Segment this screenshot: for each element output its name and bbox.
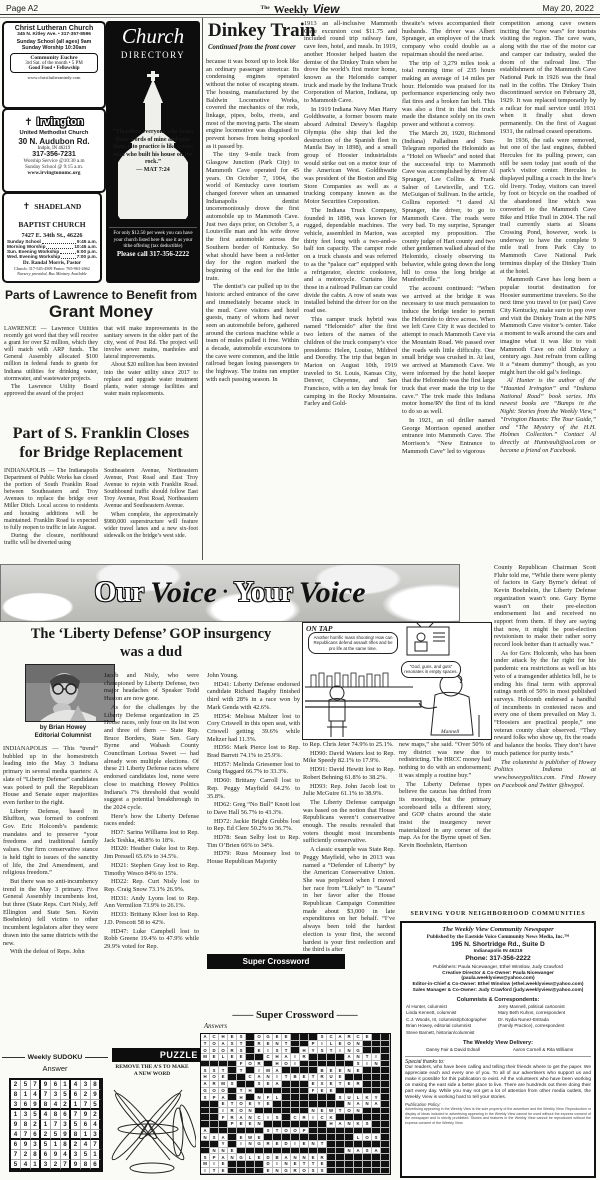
- crossword-cell: [381, 1047, 390, 1054]
- crossword-cell: A: [282, 1154, 291, 1161]
- paragraph: About $20 million has been invested into…: [104, 362, 198, 397]
- crossword-cell: [363, 1074, 372, 1081]
- crossword-cell: [381, 1061, 390, 1068]
- crossword-cell: E: [264, 1041, 273, 1048]
- crossword-cell: D: [264, 1161, 273, 1168]
- crossword-cell: [300, 1134, 309, 1141]
- sudoku-cell: 6: [81, 1120, 91, 1130]
- voice-col-4: to Rep. Chris Jeter 74.9% to 25.1%.HD90:…: [303, 741, 395, 1018]
- paragraph: The dentist’s car pulled up to the histo…: [206, 283, 299, 383]
- sudoku-cell: 5: [71, 1120, 81, 1130]
- crossword-cell: N: [354, 1054, 363, 1061]
- masthead-publisher: Published by the Eastside Voice Communit…: [405, 934, 591, 940]
- crossword-cell: [309, 1054, 318, 1061]
- voice-headline-1: The ‘Liberty Defense’ GOP insurgency: [2, 626, 300, 643]
- crossword-cell: C: [327, 1034, 336, 1041]
- crossword-row: ODORSEISTHYSTING: [201, 1047, 390, 1054]
- paragraph: to Rep. Chris Jeter 74.9% to 25.1%.: [303, 741, 395, 749]
- crossword-cell: [300, 1148, 309, 1155]
- columnists-left: Al Hunter, columnistLinda Kennett, colum…: [406, 1004, 498, 1036]
- crossword-cell: F: [237, 1061, 246, 1068]
- crossword-row: ARMSSEAEXETER: [201, 1081, 390, 1088]
- crossword-cell: F: [219, 1114, 228, 1121]
- crossword-cell: [345, 1141, 354, 1148]
- crossword-cell: N: [201, 1134, 210, 1141]
- crossword-cell: I: [291, 1141, 300, 1148]
- crossword-cell: [309, 1121, 318, 1128]
- crossword-cell: [228, 1134, 237, 1141]
- sudoku-cell: 5: [51, 1130, 61, 1140]
- sudoku-cell: 7: [11, 1150, 21, 1160]
- crossword-row: FRANCISCRICK: [201, 1114, 390, 1121]
- crossword-cell: R: [255, 1061, 264, 1068]
- crossword-cell: A: [201, 1128, 210, 1135]
- sudoku-cell: 8: [11, 1090, 21, 1100]
- franklin-headline-1: Part of S. Franklin Closes: [2, 425, 200, 443]
- crossword-cell: [354, 1128, 363, 1135]
- paragraph: HD57: Melinda Griesemer lost to Craig Ha…: [207, 761, 300, 776]
- crossword-cell: T: [282, 1047, 291, 1054]
- page-number: Page A2: [6, 3, 38, 13]
- columnist-portrait-icon: [26, 665, 114, 721]
- crossword-cell: [381, 1101, 390, 1108]
- sudoku-cell: 6: [51, 1080, 61, 1090]
- crossword-cell: B: [273, 1154, 282, 1161]
- crossword-cell: T: [363, 1054, 372, 1061]
- crossword-cell: O: [219, 1088, 228, 1095]
- paragraph: HD7: Sarina Williams lost to Rep. Jack T…: [104, 829, 199, 844]
- crossword-cell: K: [354, 1121, 363, 1128]
- crossword-cell: E: [318, 1108, 327, 1115]
- crossword-cell: [336, 1101, 345, 1108]
- owner-line: Creative Director & Co-Owner: Paula Nice…: [405, 971, 591, 981]
- paragraph: The account continued: “When we arrived …: [402, 285, 495, 416]
- crossword-cell: S: [309, 1168, 318, 1175]
- franklin-col-1: INDIANAPOLIS — The Indianapolis Departme…: [4, 468, 98, 558]
- paragraph: HD33: Brittany Kloer lost to Rep. J.D. P…: [104, 911, 199, 926]
- patron-body: [329, 699, 345, 722]
- crossword-cell: [381, 1108, 390, 1115]
- crossword-cell: [336, 1114, 345, 1121]
- crossword-cell: S: [201, 1094, 210, 1101]
- crossword-cell: L: [327, 1041, 336, 1048]
- paragraph: Al Hunter is the author of the “Haunted …: [500, 377, 596, 454]
- crossword-cell: [300, 1041, 309, 1048]
- crossword-cell: [381, 1161, 390, 1168]
- crossword-answer-grid: ACHESOGEESCARCETOASTRENTPILEONODORSEISTH…: [200, 1033, 391, 1175]
- crossword-cell: [300, 1081, 309, 1088]
- crossword-cell: N: [246, 1108, 255, 1115]
- issue-date: May 20, 2022: [470, 3, 594, 13]
- crossword-cell: I: [264, 1114, 273, 1121]
- crossword-cell: E: [237, 1134, 246, 1141]
- crossword-cell: [282, 1121, 291, 1128]
- crossword-cell: [300, 1101, 309, 1108]
- crossword-cell: A: [201, 1034, 210, 1041]
- crossword-cell: A: [219, 1041, 228, 1048]
- crossword-cell: [246, 1094, 255, 1101]
- crossword-cell: [336, 1134, 345, 1141]
- crossword-cell: K: [327, 1114, 336, 1121]
- crossword-title: —— Super Crossword ——: [200, 1010, 390, 1021]
- crossword-cell: N: [273, 1168, 282, 1175]
- crossword-cell: [327, 1154, 336, 1161]
- columnists-list: Al Hunter, columnistLinda Kennett, colum…: [406, 1004, 590, 1036]
- columnists-right: Jerry Mannell, political cartoonistMary …: [498, 1004, 590, 1036]
- paragraph: But there was no anti-incumbency trend i…: [3, 878, 98, 947]
- crossword-cell: A: [336, 1121, 345, 1128]
- crossword-cell: [228, 1168, 237, 1175]
- crossword-cell: [336, 1061, 345, 1068]
- sudoku-cell: 3: [31, 1140, 41, 1150]
- crossword-cell: E: [282, 1034, 291, 1041]
- crossword-cell: [336, 1161, 345, 1168]
- crossword-cell: R: [228, 1114, 237, 1121]
- crossword-cell: O: [210, 1088, 219, 1095]
- crossword-cell: [309, 1128, 318, 1135]
- crossword-cell: N: [345, 1101, 354, 1108]
- crossword-cell: [363, 1047, 372, 1054]
- crossword-cell: [291, 1148, 300, 1155]
- sudoku-cell: 8: [51, 1110, 61, 1120]
- paragraph: The tiny 9-mile track from Glasgow Junct…: [206, 151, 299, 282]
- sudoku-cell: 7: [81, 1100, 91, 1110]
- masthead-address: 195 N. Shortridge Rd., Suite D: [405, 941, 591, 948]
- crossword-cell: N: [219, 1148, 228, 1155]
- crossword-cell: E: [246, 1121, 255, 1128]
- crossword-cell: C: [291, 1114, 300, 1121]
- crossword-cell: E: [219, 1168, 228, 1175]
- delivery-left: Danny Fair & David Edsall: [408, 1047, 498, 1052]
- dinkey-headline: Dinkey Train: [208, 20, 316, 42]
- crossword-cell: [327, 1141, 336, 1148]
- crossword-cell: A: [219, 1094, 228, 1101]
- crossword-cell: [228, 1161, 237, 1168]
- crossword-cell: A: [273, 1081, 282, 1088]
- sudoku-cell: 3: [91, 1130, 101, 1140]
- crossword-cell: R: [291, 1168, 300, 1175]
- crossword-cell: [282, 1148, 291, 1155]
- crossword-cell: [345, 1114, 354, 1121]
- crossword-cell: [318, 1121, 327, 1128]
- crossword-cell: [210, 1128, 219, 1135]
- crossword-cell: [363, 1141, 372, 1148]
- crossword-cell: N: [300, 1154, 309, 1161]
- paragraph: County Republican Chairman Scott Fluhr t…: [494, 564, 596, 649]
- crossword-cell: A: [273, 1067, 282, 1074]
- owner-line: Editor-in-Chief & Co-Owner: Ethel Winslo…: [405, 982, 591, 987]
- sudoku-cell: 8: [71, 1130, 81, 1140]
- crossword-cell: [363, 1067, 372, 1074]
- voice-banner: Our Voice • Your Voice: [0, 564, 460, 622]
- crossword-cell: E: [273, 1141, 282, 1148]
- dinkey-col-4: competition among cave owners inciting t…: [500, 20, 596, 558]
- crossword-cell: [255, 1128, 264, 1135]
- crossword-cell: [228, 1141, 237, 1148]
- paragraph: HD78: Sean Selby lost to Rep. Tim O’Brie…: [207, 834, 300, 849]
- sudoku-answer-grid: 2579614388147356293698421751354867929821…: [9, 1078, 103, 1172]
- crossword-cell: C: [318, 1114, 327, 1121]
- crossword-cell: [291, 1121, 300, 1128]
- crossword-cell: [345, 1128, 354, 1135]
- crossword-cell: A: [219, 1134, 228, 1141]
- crossword-cell: [381, 1094, 390, 1101]
- crossword-cell: O: [210, 1074, 219, 1081]
- sudoku-cell: 2: [51, 1160, 61, 1170]
- crossword-cell: M: [264, 1067, 273, 1074]
- dinkey-col-1: because it was boxed up to look like an …: [206, 58, 299, 558]
- crossword-cell: P: [228, 1121, 237, 1128]
- thanks-text: Our readers, who have been calling and t…: [405, 1065, 591, 1100]
- paragraph: With the defeat of Reps. John: [3, 948, 98, 956]
- crossword-cell: [372, 1041, 381, 1048]
- crossword-row: SSTTIMABEENE: [201, 1067, 390, 1074]
- crossword-cell: [372, 1154, 381, 1161]
- ad-title: Christ Lutheran Church: [4, 25, 104, 32]
- crossword-cell: C: [246, 1074, 255, 1081]
- banner-dot: •: [223, 585, 228, 601]
- crossword-cell: [327, 1128, 336, 1135]
- crossword-cell: [363, 1154, 372, 1161]
- crossword-cell: T: [282, 1041, 291, 1048]
- crossword-cell: [291, 1081, 300, 1088]
- crossword-cell: S: [318, 1168, 327, 1175]
- sudoku-cell: 1: [51, 1140, 61, 1150]
- lawrence-col-2: that will make improvements in the sanit…: [104, 326, 198, 418]
- ad-line: Sunday Worship 10:30am: [4, 45, 104, 51]
- crossword-cell: [255, 1108, 264, 1115]
- sudoku-cell: 4: [61, 1150, 71, 1160]
- crossword-cell: G: [237, 1154, 246, 1161]
- paragraph: HD90: David Waters lost to Rep. Mike Spe…: [303, 750, 395, 765]
- columnist-photo: [25, 664, 115, 722]
- paragraph: In 1921, an oil driller named George Mor…: [402, 417, 495, 456]
- crossword-cell: [363, 1108, 372, 1115]
- crossword-cell: [246, 1054, 255, 1061]
- crossword-cell: I: [372, 1054, 381, 1061]
- crossword-cell: [246, 1041, 255, 1048]
- crossword-cell: N: [309, 1108, 318, 1115]
- directory-offer: For only $12.50 per week you can have yo…: [109, 227, 197, 259]
- sudoku-cell: 2: [21, 1150, 31, 1160]
- crossword-cell: [282, 1094, 291, 1101]
- crossword-cell: H: [237, 1094, 246, 1101]
- crossword-cell: [246, 1034, 255, 1041]
- crossword-cell: [372, 1161, 381, 1168]
- directory-quote: “Therefore everyone who hears these word…: [112, 129, 194, 175]
- crossword-cell: O: [363, 1134, 372, 1141]
- crossword-cell: [372, 1141, 381, 1148]
- crossword-cell: [210, 1141, 219, 1148]
- crossword-cell: I: [264, 1047, 273, 1054]
- crossword-cell: E: [336, 1067, 345, 1074]
- crossword-cell: C: [264, 1054, 273, 1061]
- crossword-row: ACHESOGEESCARCE: [201, 1034, 390, 1041]
- crossword-cell: S: [354, 1061, 363, 1068]
- crossword-cell: Y: [219, 1141, 228, 1148]
- crossword-row: FORHOISIN: [201, 1061, 390, 1068]
- sudoku-cell: 7: [31, 1080, 41, 1090]
- crossword-cell: [327, 1148, 336, 1155]
- crossword-cell: [327, 1094, 336, 1101]
- crossword-cell: [201, 1061, 210, 1068]
- sudoku-cell: 3: [61, 1120, 71, 1130]
- list-item: Steve Barnett, historian/columnist: [406, 1030, 498, 1036]
- crossword-cell: E: [264, 1101, 273, 1108]
- crossword-cell: [255, 1088, 264, 1095]
- crossword-cell: [381, 1121, 390, 1128]
- sudoku-cell: 8: [31, 1150, 41, 1160]
- crossword-cell: R: [345, 1034, 354, 1041]
- crossword-cell: R: [210, 1081, 219, 1088]
- crossword-cell: E: [309, 1154, 318, 1161]
- sudoku-cell: 7: [71, 1110, 81, 1120]
- crossword-cell: [354, 1168, 363, 1175]
- dinkey-subhead: Continued from the front cover: [208, 44, 296, 51]
- paragraph: HD31: Andy Lyons lost to Rep. Ann Vermil…: [104, 895, 199, 910]
- crossword-row: ITEENGROSS: [201, 1168, 390, 1175]
- crossword-cell: [336, 1168, 345, 1175]
- sudoku-cell: 3: [51, 1090, 61, 1100]
- section-divider: [202, 18, 203, 560]
- crossword-cell: E: [246, 1101, 255, 1108]
- crossword-cell: R: [354, 1081, 363, 1088]
- voice-headline-2: was a dud: [2, 644, 300, 661]
- crossword-cell: [354, 1161, 363, 1168]
- crossword-cell: G: [282, 1168, 291, 1175]
- crossword-cell: [336, 1054, 345, 1061]
- masthead-city: Indianapolis IN 46219: [405, 949, 591, 954]
- sudoku-cell: 2: [11, 1080, 21, 1090]
- crossword-cell: A: [372, 1148, 381, 1155]
- crossword-cell: S: [318, 1034, 327, 1041]
- crossword-cell: [345, 1154, 354, 1161]
- paragraph: that will make improvements in the sanit…: [104, 326, 198, 361]
- crossword-cell: [282, 1134, 291, 1141]
- crossword-cell: [228, 1128, 237, 1135]
- crossword-cell: R: [228, 1047, 237, 1054]
- crossword-cell: [345, 1134, 354, 1141]
- sudoku-cell: 5: [41, 1140, 51, 1150]
- crossword-cell: E: [264, 1081, 273, 1088]
- crossword-cell: A: [345, 1054, 354, 1061]
- crossword-cell: N: [309, 1141, 318, 1148]
- crossword-cell: Y: [309, 1047, 318, 1054]
- crossword-cell: [264, 1121, 273, 1128]
- paragraph: thwaite’s wives accompanied their husban…: [402, 20, 495, 59]
- crossword-cell: S: [264, 1128, 273, 1135]
- crossword-cell: S: [201, 1067, 210, 1074]
- paragraph: INDIANAPOLIS — This “trend” bubbled up i…: [3, 745, 98, 807]
- editorial-cartoon: ON TAP: [302, 622, 492, 740]
- crossword-cell: E: [219, 1074, 228, 1081]
- paragraph: Mammoth Cave has long been a popular tou…: [500, 276, 596, 376]
- paragraph: When complete, the approximately $980,00…: [104, 512, 198, 540]
- banner-your: Your: [234, 577, 293, 609]
- masthead-box: The Weekly View Community Newspaper Publ…: [400, 921, 596, 1178]
- crossword-cell: [363, 1088, 372, 1095]
- crossword-cell: [210, 1108, 219, 1115]
- crossword-cell: [381, 1148, 390, 1155]
- crossword-cell: T: [309, 1161, 318, 1168]
- banner-our: Our: [94, 577, 144, 609]
- crossword-cell: [282, 1108, 291, 1115]
- sudoku-cell: 5: [31, 1110, 41, 1120]
- crossword-cell: T: [237, 1041, 246, 1048]
- crossword-cell: N: [282, 1161, 291, 1168]
- crossword-row: ASTOOP: [201, 1128, 390, 1135]
- sudoku-cell: 8: [61, 1140, 71, 1150]
- crossword-cell: [237, 1081, 246, 1088]
- crossword-cell: [372, 1128, 381, 1135]
- crossword-cell: N: [345, 1047, 354, 1054]
- crossword-cell: H: [273, 1054, 282, 1061]
- crossword-cell: U: [327, 1074, 336, 1081]
- crossword-cell: [381, 1041, 390, 1048]
- special-thanks: Special thanks to: Our readers, who have…: [405, 1056, 591, 1125]
- sudoku-cell: 5: [11, 1160, 21, 1170]
- crossword-cell: T: [273, 1128, 282, 1135]
- cross-icon: ✝: [24, 117, 32, 128]
- crossword-cell: [255, 1054, 264, 1061]
- crossword-cell: F: [309, 1088, 318, 1095]
- crossword-cell: P: [300, 1128, 309, 1135]
- sudoku-cell: 1: [91, 1150, 101, 1160]
- publishers-line: Publishers: Paula Nicewanger, Ethel Wins…: [405, 965, 591, 970]
- crossword-cell: P: [210, 1094, 219, 1101]
- crossword-cell: [381, 1154, 390, 1161]
- crossword-cell: [210, 1101, 219, 1108]
- sudoku-cell: 2: [81, 1090, 91, 1100]
- crossword-cell: B: [318, 1067, 327, 1074]
- crossword-cell: D: [210, 1047, 219, 1054]
- crossword-cell: [363, 1114, 372, 1121]
- crossword-cell: B: [291, 1074, 300, 1081]
- paragraph: 1913 an all-inclusive Mammoth Cave excur…: [304, 20, 397, 105]
- crossword-cell: [309, 1061, 318, 1068]
- directory-title-caps: DIRECTORY: [106, 50, 200, 60]
- church-directory-panel: Church DIRECTORY “Therefore everyone who…: [106, 21, 200, 283]
- crossword-cell: [309, 1148, 318, 1155]
- crossword-cell: [372, 1047, 381, 1054]
- crossword-cell: [291, 1034, 300, 1041]
- crossword-cell: [354, 1114, 363, 1121]
- dinkey-col-2: 1913 an all-inclusive Mammoth Cave excur…: [304, 20, 397, 558]
- crossword-cell: [327, 1101, 336, 1108]
- crossword-cell: N: [210, 1148, 219, 1155]
- sudoku-row: 982173564: [11, 1120, 101, 1130]
- crossword-cell: E: [309, 1081, 318, 1088]
- crossword-cell: E: [237, 1054, 246, 1061]
- crossword-cell: K: [363, 1094, 372, 1101]
- crossword-cell: G: [264, 1034, 273, 1041]
- crossword-cell: E: [273, 1034, 282, 1041]
- crossword-cell: L: [246, 1154, 255, 1161]
- crossword-cell: L: [273, 1094, 282, 1101]
- sudoku-cell: 5: [61, 1090, 71, 1100]
- sudoku-cell: 9: [11, 1120, 21, 1130]
- newspaper-page: Page A2 The Weekly View May 20, 2022 Chr…: [0, 0, 600, 1180]
- ad-irvington-umc: ✝ Irvington United Methodist Church 30 N…: [2, 108, 106, 193]
- crossword-cell: N: [372, 1061, 381, 1068]
- crossword-cell: N: [273, 1041, 282, 1048]
- paragraph: LAWRENCE — Lawrence Utilities recently g…: [4, 326, 98, 383]
- ad-shadeland-baptist: ✝ SHADELAND BAPTIST CHURCH 7427 E. 34th …: [2, 192, 102, 283]
- sudoku-cell: 7: [61, 1160, 71, 1170]
- crossword-cell: [327, 1168, 336, 1175]
- crossword-cell: [300, 1061, 309, 1068]
- crossword-cell: S: [318, 1047, 327, 1054]
